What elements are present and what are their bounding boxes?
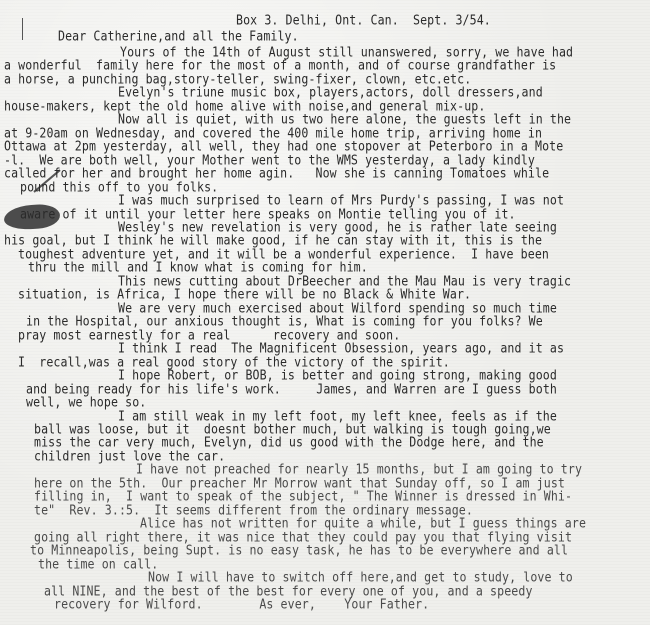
letter-line: recovery for Wilford. As ever, Your Fath…	[54, 596, 429, 612]
letter-header: Box 3. Delhi, Ont. Can. Sept. 3/54.	[236, 12, 491, 28]
letter-page: Box 3. Delhi, Ont. Can. Sept. 3/54. Dear…	[0, 0, 650, 625]
letter-line: the time on call.	[38, 556, 158, 572]
salutation: Dear Catherine,and all the Family.	[58, 28, 299, 44]
margin-mark	[22, 18, 23, 40]
